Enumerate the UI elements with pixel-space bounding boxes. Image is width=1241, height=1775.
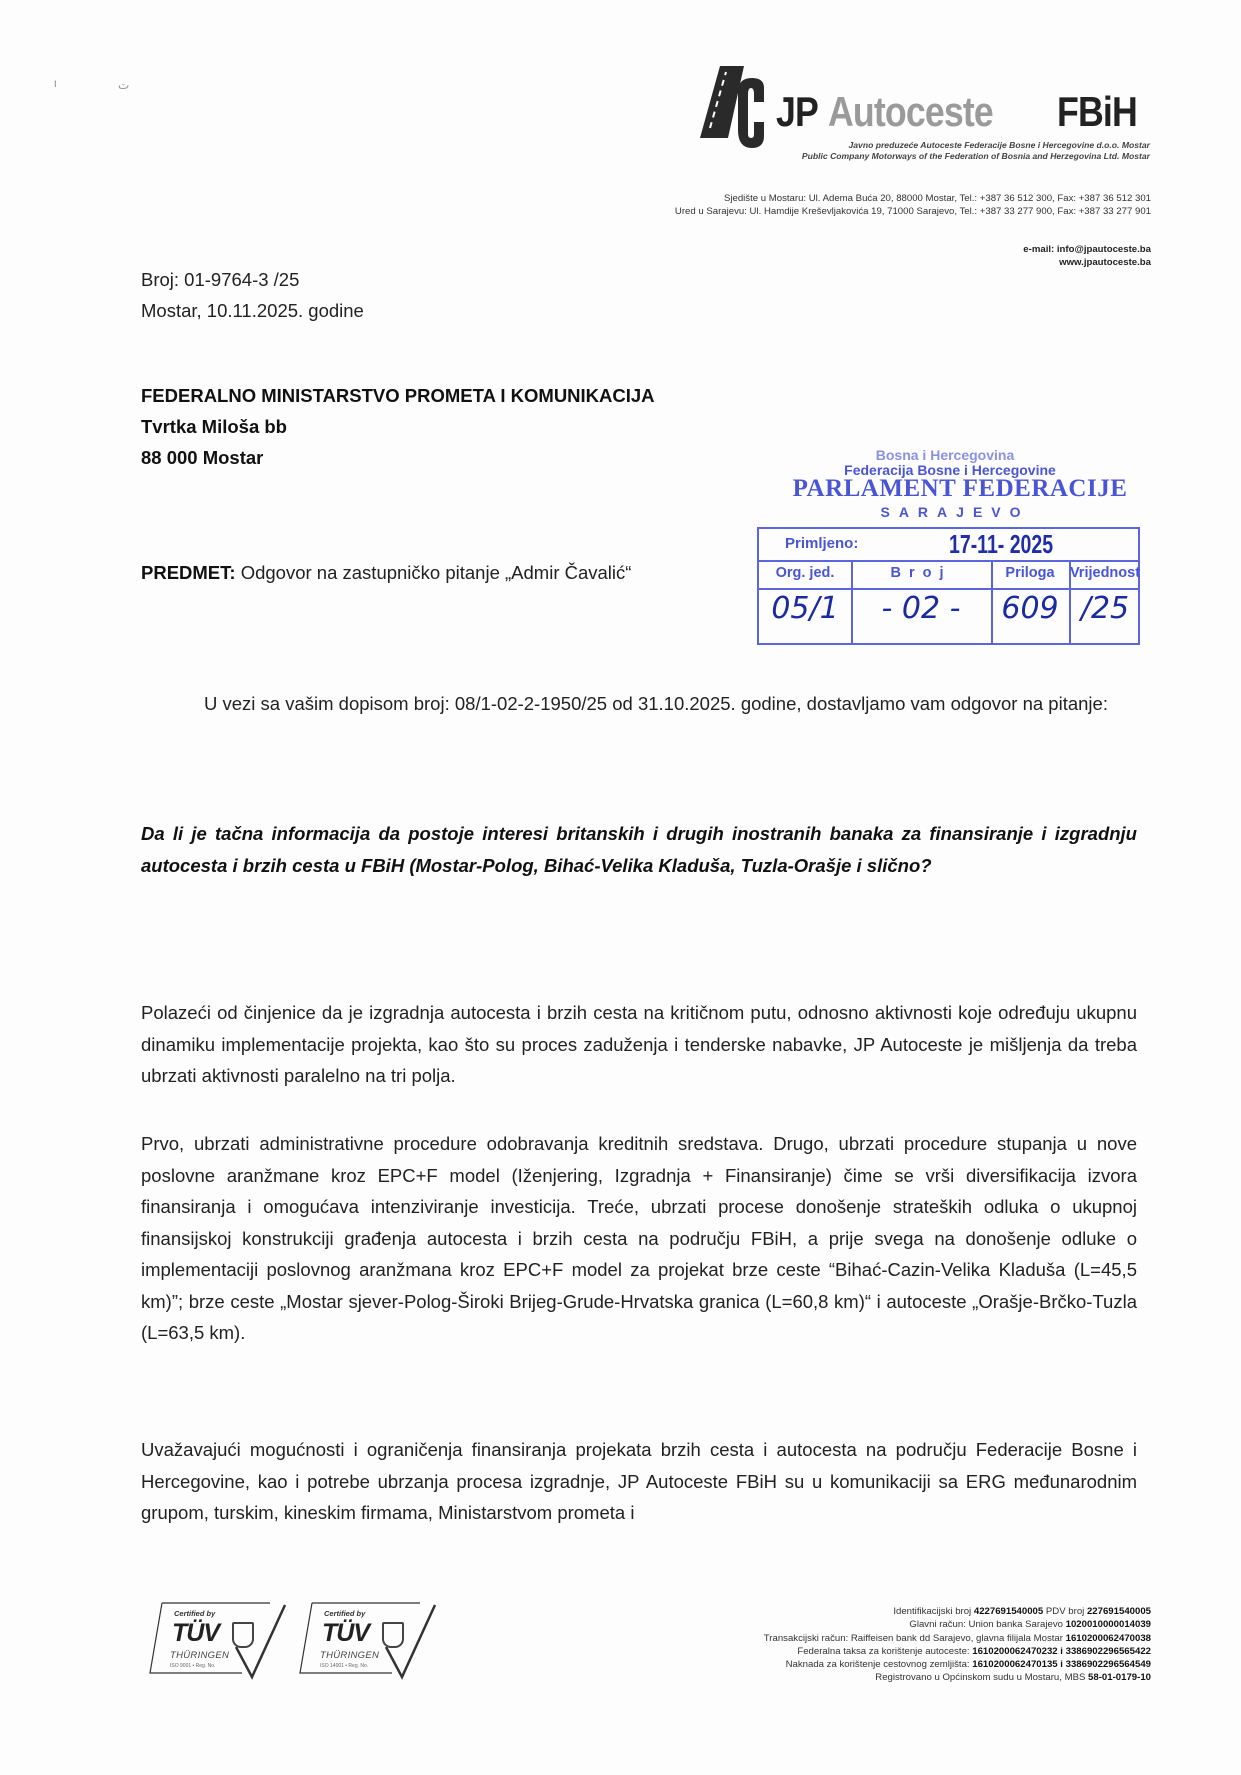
tuv-brand: TÜV — [172, 1619, 219, 1648]
tuv-shield-icon — [232, 1622, 254, 1648]
header-addresses: Sjedište u Mostaru: Ul. Adema Buća 20, 8… — [675, 192, 1151, 218]
address-sarajevo: Ured u Sarajevu: Ul. Hamdije Kreševljako… — [675, 205, 1151, 218]
stamp-hand-vrijednost: /25 — [1069, 591, 1141, 626]
received-stamp: Bosna i Hercegovina Federacija Bosne i H… — [755, 447, 1145, 652]
tuv-certified-by: Certified by — [174, 1609, 215, 1618]
transaction-label: Transakcijski račun: Raiffeisen bank dd … — [764, 1633, 1066, 1644]
registry-value: 58-01-0179-10 — [1088, 1672, 1151, 1683]
stamp-city: SARAJEVO — [845, 504, 1065, 520]
recipient-city: 88 000 Mostar — [141, 442, 655, 473]
tuv-shield-icon — [382, 1622, 404, 1648]
reference-block: Broj: 01-9764-3 /25 Mostar, 10.11.2025. … — [141, 264, 364, 326]
stamp-hand-org: 05/1 — [759, 591, 851, 626]
registry-label: Registrovano u Općinskom sudu u Mostaru,… — [875, 1672, 1088, 1683]
stamp-hand-priloga: 609 — [991, 591, 1069, 626]
subject-label: PREDMET: — [141, 562, 236, 583]
stamp-received-date: 17-11- 2025 — [949, 529, 1053, 560]
tuv-certified-by: Certified by — [324, 1609, 365, 1618]
stamp-col-org: Org. jed. — [759, 565, 851, 581]
tuv-standard: ISO 14001 • Reg. No. — [320, 1663, 368, 1669]
tuv-certificate-2: Certified by TÜV THÜRINGEN ISO 14001 • R… — [290, 1595, 440, 1685]
transaction-value: 1610200062470038 — [1066, 1633, 1151, 1644]
land-label: Naknada za korištenje cestovnog zemljišt… — [786, 1659, 973, 1670]
vat-value: 227691540005 — [1087, 1606, 1151, 1617]
vat-label: PDV broj — [1043, 1606, 1087, 1617]
main-account-label: Glavni račun: Union banka Sarajevo — [909, 1619, 1065, 1630]
intro-paragraph: U vezi sa vašim dopisom broj: 08/1-02-2-… — [141, 688, 1137, 720]
logo-prefix: JP — [776, 88, 818, 136]
footer-fee: Federalna taksa za korištenje autoceste:… — [764, 1645, 1151, 1658]
fee-value: 1610200062470232 i 3386902296565422 — [972, 1646, 1151, 1657]
recipient-block: FEDERALNO MINISTARSTVO PROMETA I KOMUNIK… — [141, 380, 655, 473]
scan-mark: ت — [118, 78, 129, 92]
logo-name: Autoceste — [828, 88, 993, 136]
footer-registry: Registrovano u Općinskom sudu u Mostaru,… — [764, 1671, 1151, 1684]
stamp-col-priloga: Priloga — [991, 565, 1069, 581]
tuv-brand: TÜV — [322, 1619, 369, 1648]
website-link[interactable]: www.jpautoceste.ba — [1023, 256, 1151, 269]
footer-main-account: Glavni račun: Union banka Sarajevo 10200… — [764, 1618, 1151, 1631]
header-contact: e-mail: info@jpautoceste.ba www.jpautoce… — [1023, 243, 1151, 269]
footer-company-info: Identifikacijski broj 4227691540005 PDV … — [764, 1605, 1151, 1685]
tuv-region: THÜRINGEN — [170, 1650, 229, 1661]
id-label: Identifikacijski broj — [893, 1606, 974, 1617]
email-link[interactable]: e-mail: info@jpautoceste.ba — [1023, 243, 1151, 256]
recipient-street: Tvrtka Miloša bb — [141, 411, 655, 442]
land-value: 1610200062470135 i 3386902296564549 — [972, 1659, 1151, 1670]
stamp-col-broj: Broj — [851, 565, 991, 581]
question-paragraph: Da li je tačna informacija da postoje in… — [141, 818, 1137, 881]
subject-text: Odgovor na zastupničko pitanje „Admir Ča… — [236, 562, 632, 583]
body-paragraph-1: Polazeći od činjenice da je izgradnja au… — [141, 997, 1137, 1092]
fee-label: Federalna taksa za korištenje autoceste: — [797, 1646, 972, 1657]
address-headquarters: Sjedište u Mostaru: Ul. Adema Buća 20, 8… — [675, 192, 1151, 205]
tuv-region: THÜRINGEN — [320, 1650, 379, 1661]
stamp-table: Primljeno: 17-11- 2025 Org. jed. Broj Pr… — [757, 527, 1140, 645]
stamp-hand-broj: - 02 - — [851, 591, 991, 626]
logo-suffix: FBiH — [1057, 88, 1137, 136]
footer-transaction-account: Transakcijski račun: Raiffeisen bank dd … — [764, 1632, 1151, 1645]
ac-logo-icon — [698, 58, 768, 150]
reference-number: Broj: 01-9764-3 /25 — [141, 264, 364, 295]
id-value: 4227691540005 — [974, 1606, 1043, 1617]
subject-line: PREDMET: Odgovor na zastupničko pitanje … — [141, 562, 631, 584]
stamp-received-row: Primljeno: 17-11- 2025 — [759, 529, 1138, 562]
company-logo: JP Autoceste FBiH Javno preduzeće Autoce… — [698, 58, 1150, 168]
stamp-title: PARLAMENT FEDERACIJE — [775, 475, 1145, 503]
place-date: Mostar, 10.11.2025. godine — [141, 295, 364, 326]
footer-id-line: Identifikacijski broj 4227691540005 PDV … — [764, 1605, 1151, 1618]
scan-mark: ι — [54, 76, 57, 90]
recipient-name: FEDERALNO MINISTARSTVO PROMETA I KOMUNIK… — [141, 380, 655, 411]
stamp-col-vrijednost: Vrijednost — [1069, 565, 1141, 581]
main-account-value: 1020010000014039 — [1066, 1619, 1151, 1630]
body-paragraph-3: Uvažavajući mogućnosti i ograničenja fin… — [141, 1434, 1137, 1529]
stamp-received-label: Primljeno: — [785, 535, 858, 552]
tuv-standard: ISO 9001 • Reg. No. — [170, 1663, 215, 1669]
stamp-line1: Bosna i Hercegovina — [815, 447, 1075, 463]
logo-subtitle-en: Public Company Motorways of the Federati… — [802, 151, 1150, 161]
logo-subtitle-local: Javno preduzeće Autoceste Federacije Bos… — [848, 140, 1150, 150]
footer-land-fee: Naknada za korištenje cestovnog zemljišt… — [764, 1658, 1151, 1671]
body-paragraph-2: Prvo, ubrzati administrativne procedure … — [141, 1128, 1137, 1349]
tuv-certificate-1: Certified by TÜV THÜRINGEN ISO 9001 • Re… — [140, 1595, 290, 1685]
